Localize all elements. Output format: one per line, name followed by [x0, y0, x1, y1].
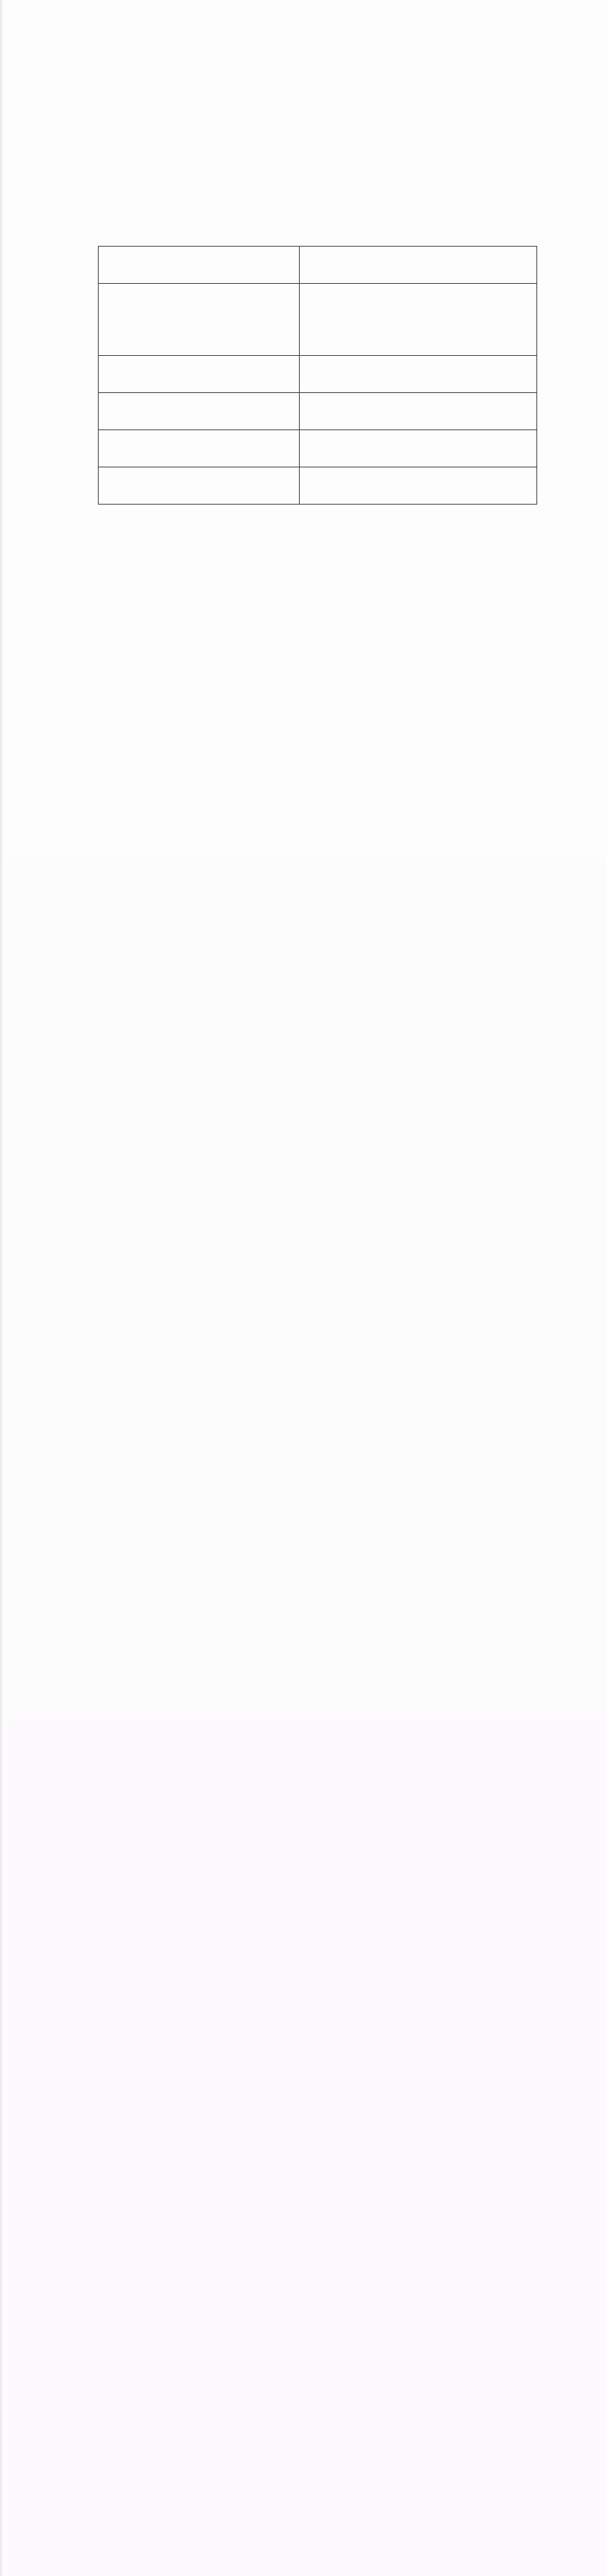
table-value — [300, 247, 537, 284]
table-label — [99, 393, 300, 430]
project-info-table — [98, 246, 537, 505]
table-label — [99, 356, 300, 393]
table-value — [300, 467, 537, 505]
page-2 — [0, 859, 607, 1716]
table-row — [99, 467, 537, 505]
table-label — [99, 467, 300, 505]
table-row — [99, 393, 537, 430]
table-value — [300, 430, 537, 467]
table-label — [99, 284, 300, 356]
table-value — [300, 356, 537, 393]
table-label — [99, 430, 300, 467]
table-row — [99, 430, 537, 467]
table-label — [99, 247, 300, 284]
table-value — [300, 393, 537, 430]
table-value — [300, 284, 537, 356]
page-3 — [0, 1716, 607, 2576]
table-row — [99, 247, 537, 284]
table-row — [99, 284, 537, 356]
table-row — [99, 356, 537, 393]
